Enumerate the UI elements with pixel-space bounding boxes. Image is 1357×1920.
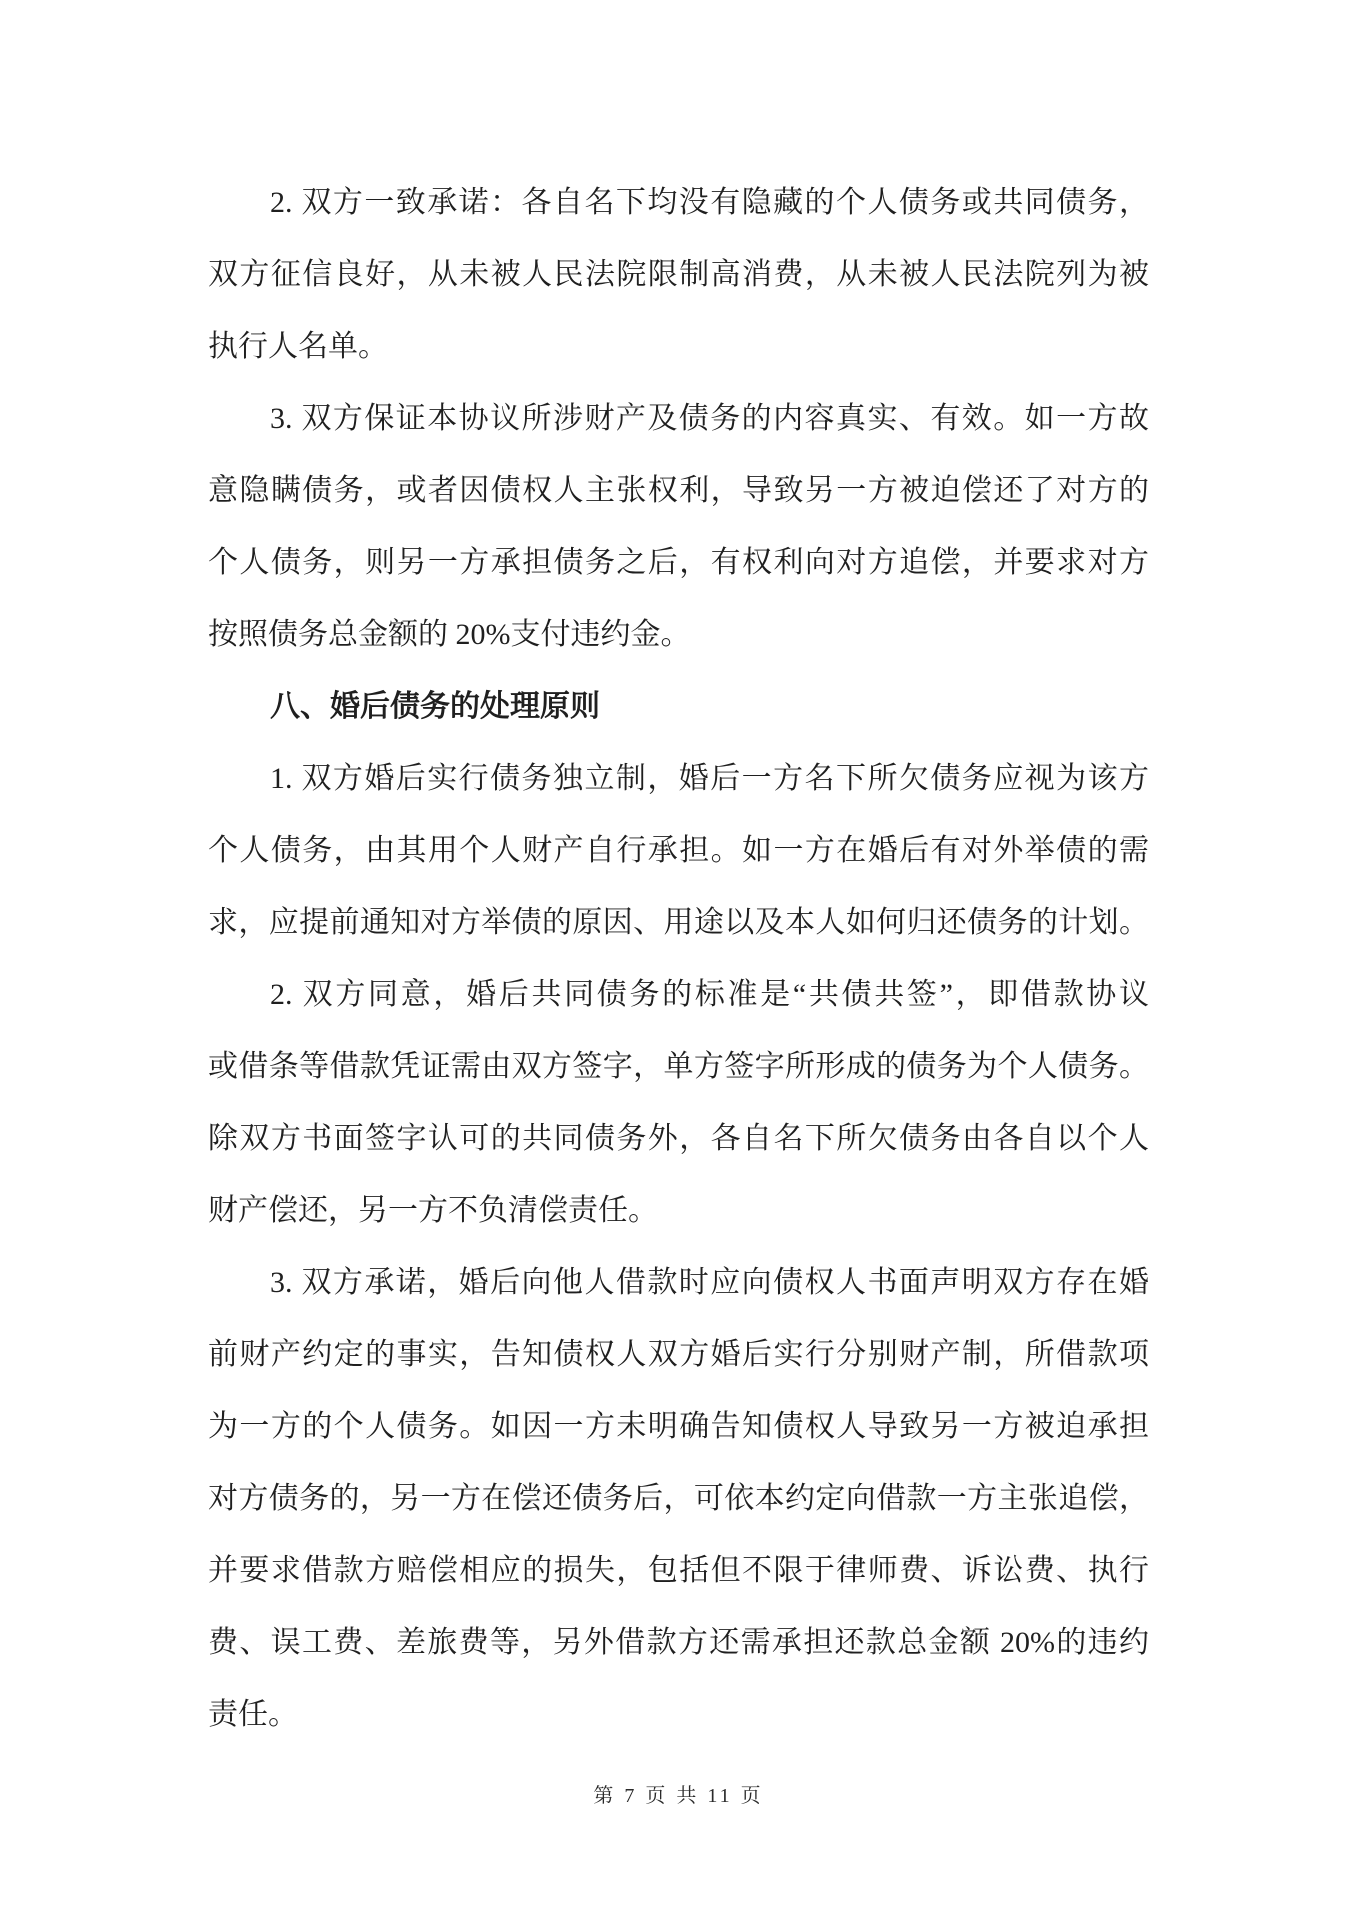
paragraph-line: 个人债务，由其用个人财产自行承担。如一方在婚后有对外举债的需 bbox=[208, 815, 1149, 887]
paragraph-line: 1. 双方婚后实行债务独立制，婚后一方名下所欠债务应视为该方 bbox=[208, 743, 1149, 815]
paragraph-line: 2. 双方一致承诺：各自名下均没有隐藏的个人债务或共同债务， bbox=[208, 167, 1149, 239]
paragraph-line: 财产偿还，另一方不负清偿责任。 bbox=[208, 1175, 1149, 1247]
paragraph-line: 费、误工费、差旅费等，另外借款方还需承担还款总金额 20%的违约 bbox=[208, 1607, 1149, 1679]
paragraph-line: 求，应提前通知对方举债的原因、用途以及本人如何归还债务的计划。 bbox=[208, 887, 1149, 959]
paragraph-line: 3. 双方承诺，婚后向他人借款时应向债权人书面声明双方存在婚 bbox=[208, 1247, 1149, 1319]
paragraph-line: 前财产约定的事实，告知债权人双方婚后实行分别财产制，所借款项 bbox=[208, 1319, 1149, 1391]
paragraph-line: 3. 双方保证本协议所涉财产及债务的内容真实、有效。如一方故 bbox=[208, 383, 1149, 455]
paragraph-line: 按照债务总金额的 20%支付违约金。 bbox=[208, 599, 1149, 671]
paragraph-line: 意隐瞒债务，或者因债权人主张权利，导致另一方被迫偿还了对方的 bbox=[208, 455, 1149, 527]
document-page: 2. 双方一致承诺：各自名下均没有隐藏的个人债务或共同债务， 双方征信良好，从未… bbox=[0, 0, 1357, 1920]
document-content: 2. 双方一致承诺：各自名下均没有隐藏的个人债务或共同债务， 双方征信良好，从未… bbox=[208, 167, 1149, 1751]
paragraph-line: 或借条等借款凭证需由双方签字，单方签字所形成的债务为个人债务。 bbox=[208, 1031, 1149, 1103]
paragraph-line: 双方征信良好，从未被人民法院限制高消费，从未被人民法院列为被 bbox=[208, 239, 1149, 311]
page-number-footer: 第 7 页 共 11 页 bbox=[0, 1779, 1357, 1808]
paragraph-line: 并要求借款方赔偿相应的损失，包括但不限于律师费、诉讼费、执行 bbox=[208, 1535, 1149, 1607]
paragraph-line: 对方债务的，另一方在偿还债务后，可依本约定向借款一方主张追偿， bbox=[208, 1463, 1149, 1535]
paragraph-line: 个人债务，则另一方承担债务之后，有权利向对方追偿，并要求对方 bbox=[208, 527, 1149, 599]
paragraph-line: 为一方的个人债务。如因一方未明确告知债权人导致另一方被迫承担 bbox=[208, 1391, 1149, 1463]
paragraph-line: 责任。 bbox=[208, 1679, 1149, 1751]
paragraph-line: 执行人名单。 bbox=[208, 311, 1149, 383]
paragraph-line: 除双方书面签字认可的共同债务外，各自名下所欠债务由各自以个人 bbox=[208, 1103, 1149, 1175]
paragraph-line: 2. 双方同意，婚后共同债务的标准是“共债共签”，即借款协议 bbox=[208, 959, 1149, 1031]
section-heading: 八、婚后债务的处理原则 bbox=[208, 671, 1149, 743]
